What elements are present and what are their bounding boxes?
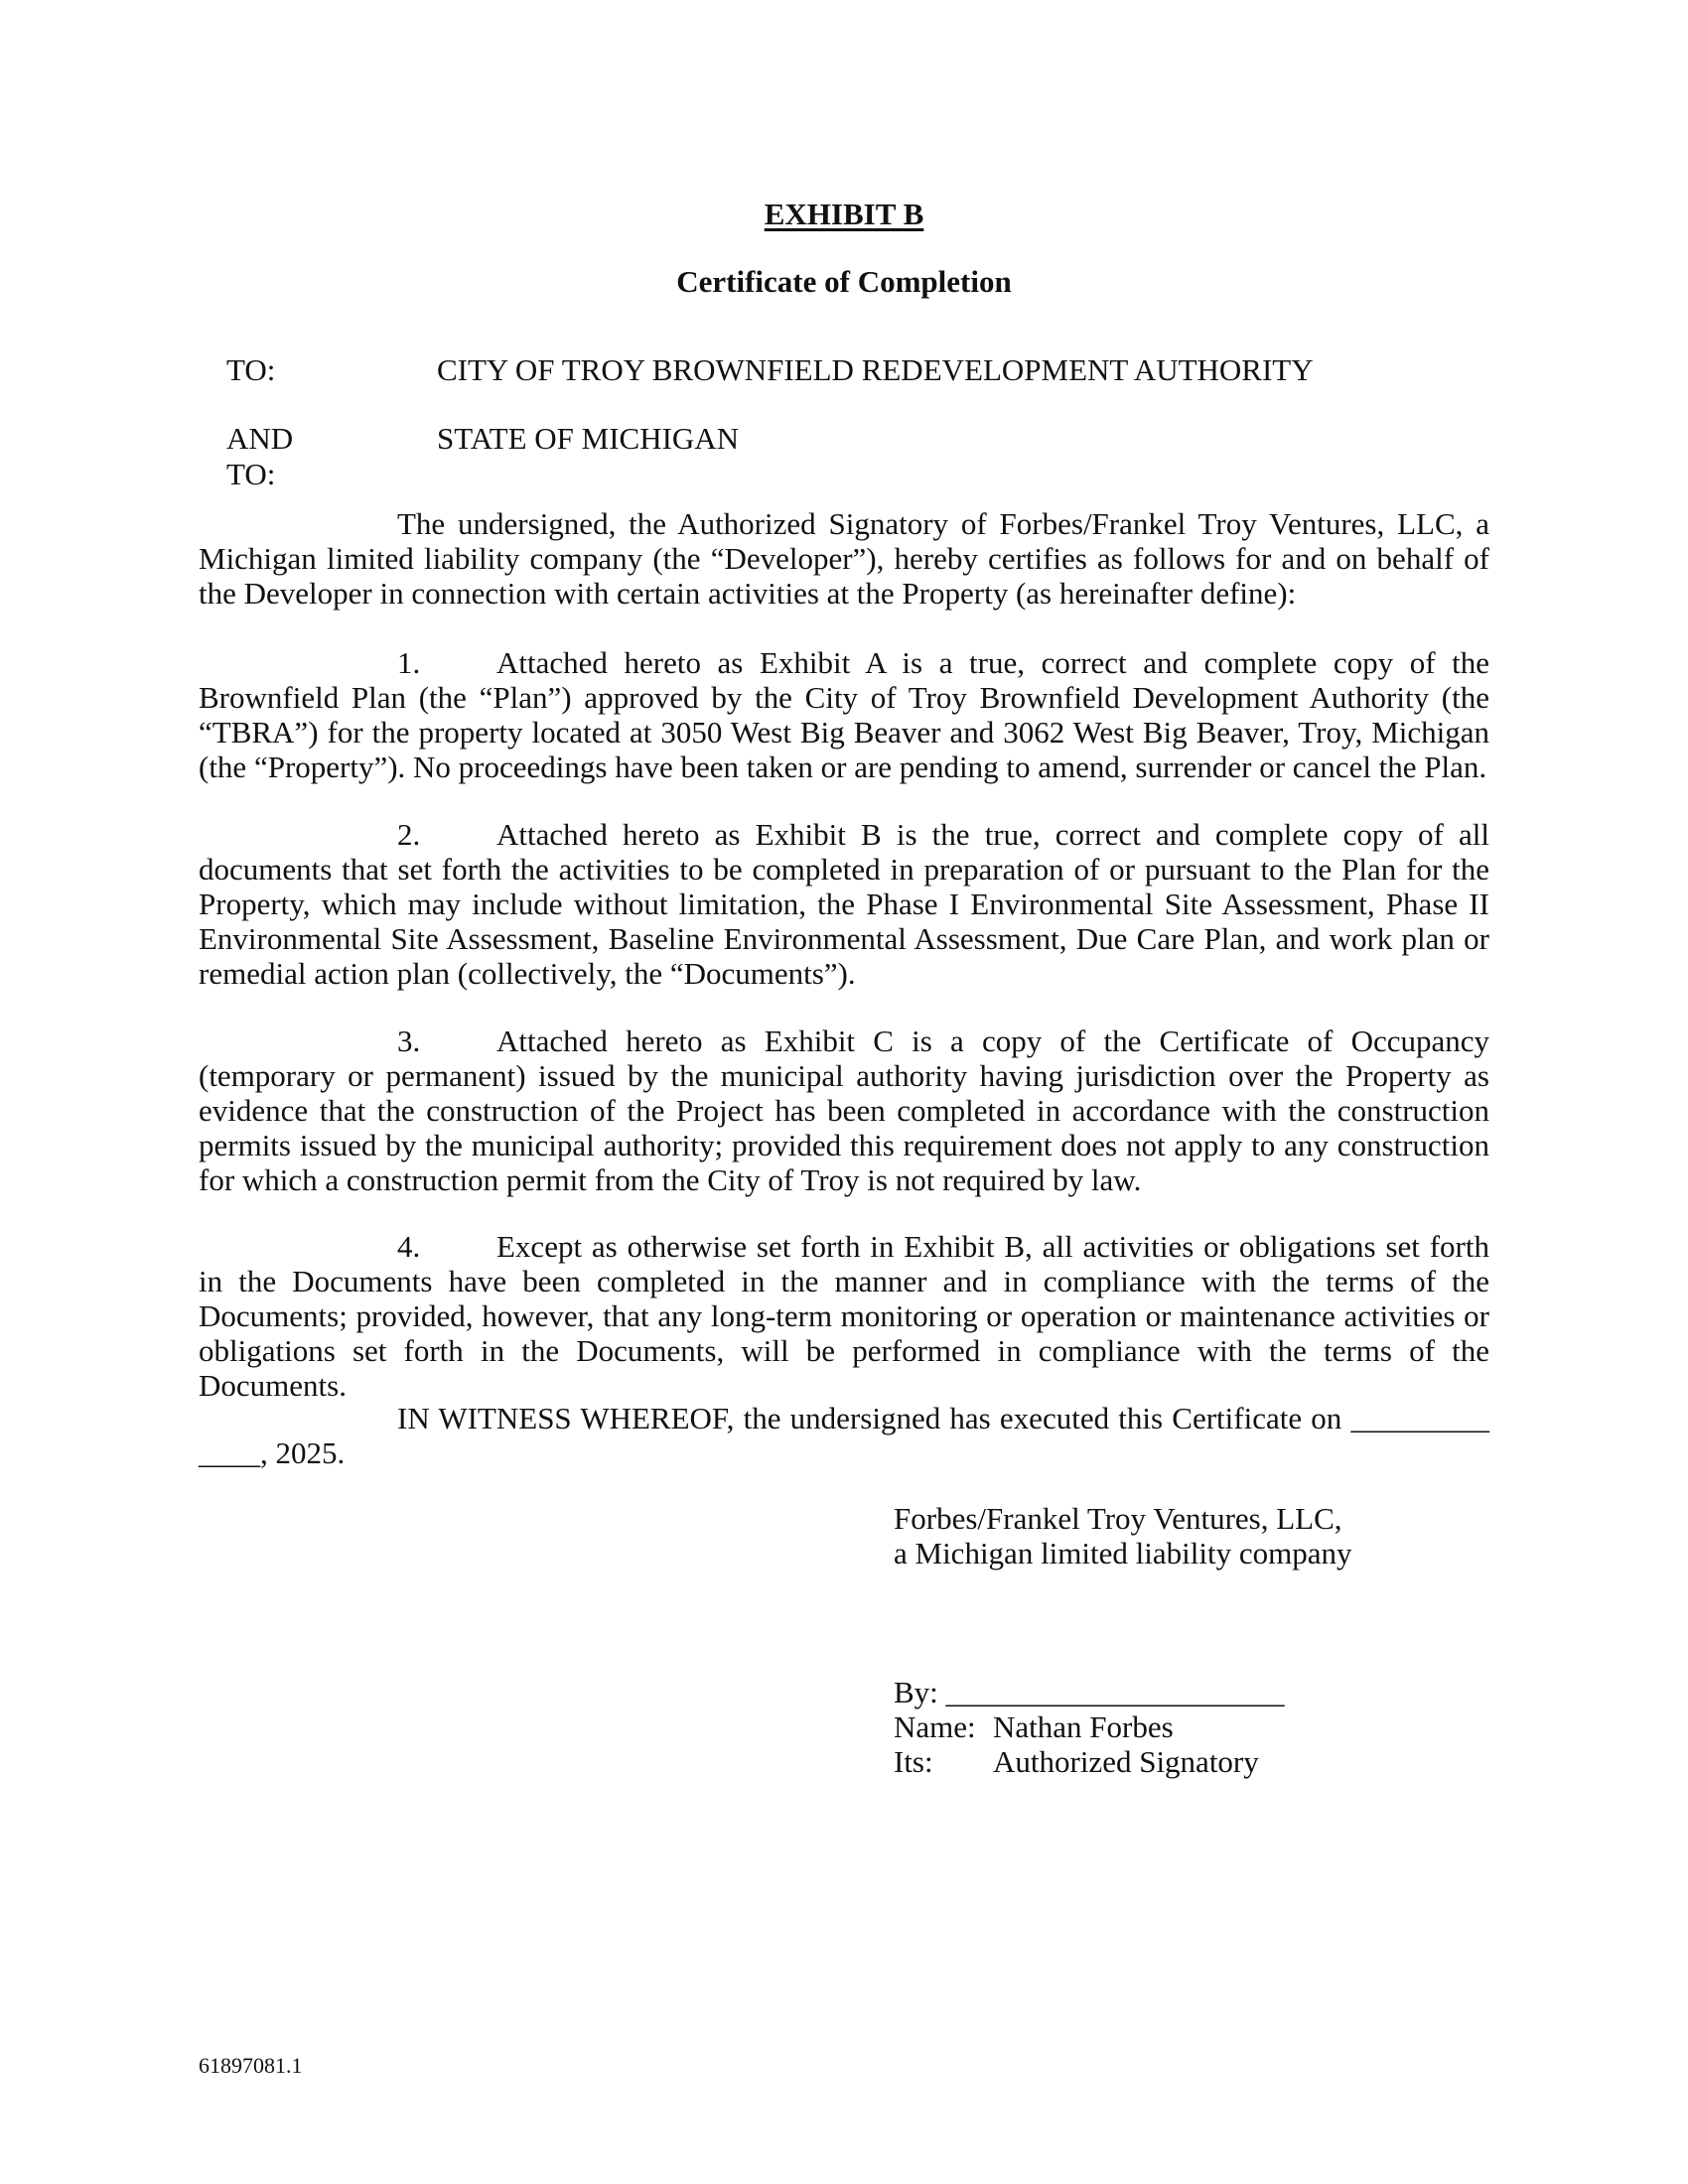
- document-page: EXHIBIT B Certificate of Completion TO: …: [0, 0, 1688, 2184]
- signature-block: Forbes/Frankel Troy Ventures, LLC, a Mic…: [894, 1501, 1351, 1779]
- item-text: Attached hereto as Exhibit C is a copy o…: [199, 1024, 1489, 1197]
- certificate-title: Certificate of Completion: [0, 264, 1688, 300]
- exhibit-heading: EXHIBIT B: [0, 197, 1688, 232]
- addressee-label: TO:: [226, 352, 275, 388]
- signature-by-row: By: ______________________: [894, 1675, 1351, 1709]
- item-paragraph: 1.Attached hereto as Exhibit A is a true…: [199, 645, 1489, 784]
- intro-text: The undersigned, the Authorized Signator…: [199, 506, 1489, 611]
- item-paragraph: 3.Attached hereto as Exhibit C is a copy…: [199, 1024, 1489, 1197]
- signatory-company-desc: a Michigan limited liability company: [894, 1536, 1351, 1570]
- witness-paragraph: IN WITNESS WHEREOF, the undersigned has …: [199, 1401, 1489, 1470]
- intro-paragraph: The undersigned, the Authorized Signator…: [199, 506, 1489, 611]
- item-number: 3.: [397, 1024, 496, 1058]
- item-text: Except as otherwise set forth in Exhibit…: [199, 1229, 1489, 1403]
- signatory-title-row: Its:Authorized Signatory: [894, 1744, 1351, 1779]
- item-text: Attached hereto as Exhibit A is a true, …: [199, 645, 1489, 784]
- item-paragraph: 4.Except as otherwise set forth in Exhib…: [199, 1229, 1489, 1403]
- signature-line[interactable]: ______________________: [946, 1675, 1285, 1709]
- document-id: 61897081.1: [199, 2053, 303, 2079]
- addressee-value: CITY OF TROY BROWNFIELD REDEVELOPMENT AU…: [437, 352, 1314, 388]
- signatory-name-row: Name:Nathan Forbes: [894, 1709, 1351, 1744]
- item-number: 4.: [397, 1229, 496, 1264]
- item-number: 2.: [397, 817, 496, 852]
- item-text: Attached hereto as Exhibit B is the true…: [199, 817, 1489, 991]
- addressee-value: STATE OF MICHIGAN: [437, 421, 739, 457]
- name-label: Name:: [894, 1709, 993, 1744]
- addressee-label: AND TO:: [226, 421, 293, 492]
- signatory-company: Forbes/Frankel Troy Ventures, LLC,: [894, 1501, 1351, 1536]
- by-label: By:: [894, 1675, 938, 1709]
- item-paragraph: 2.Attached hereto as Exhibit B is the tr…: [199, 817, 1489, 991]
- signatory-name: Nathan Forbes: [993, 1709, 1174, 1744]
- signatory-title: Authorized Signatory: [993, 1744, 1259, 1779]
- item-number: 1.: [397, 645, 496, 680]
- witness-text: IN WITNESS WHEREOF, the undersigned has …: [199, 1401, 1489, 1470]
- its-label: Its:: [894, 1744, 993, 1779]
